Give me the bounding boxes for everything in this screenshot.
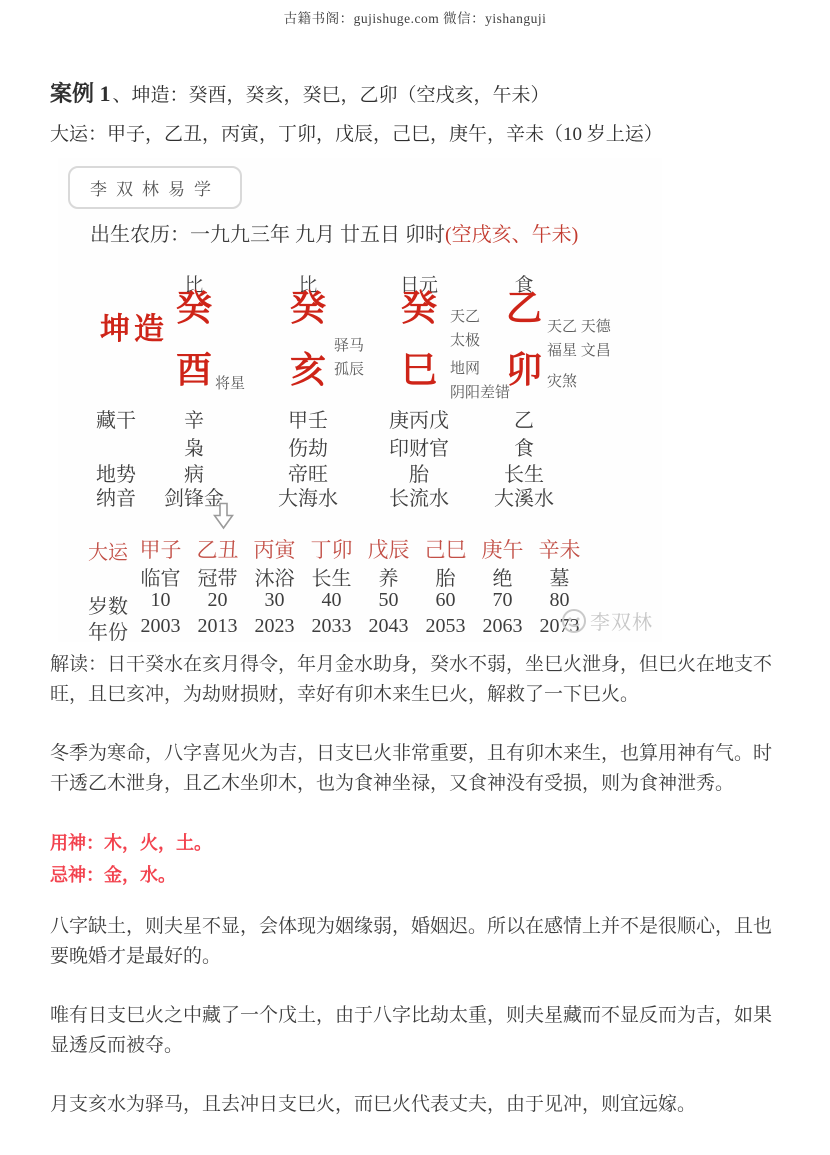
- year-row: 2003 2013 2023 2033 2043 2053 2063 2073: [132, 615, 588, 638]
- yongshen-line: 用神：木，火，土。: [50, 828, 782, 858]
- month-stem: 癸: [290, 288, 326, 328]
- birth-date-text: 出生农历：一九九三年 九月 廿五日 卯时: [90, 224, 445, 246]
- author-watermark: 李双林: [561, 606, 653, 635]
- hidden-stem-day: 庚丙戊: [389, 404, 449, 433]
- luck-stage-8: 墓: [531, 562, 588, 591]
- year-5: 2043: [360, 615, 417, 638]
- hidden-god-day: 印财官: [389, 432, 449, 461]
- analysis-paragraph-2: 冬季为寒命，八字喜见火为吉，日支巳火非常重要，且有卯木来生，也算用神有气。时干透…: [50, 739, 782, 799]
- year-7: 2063: [474, 615, 531, 638]
- void-branches-text: (空戌亥、午未): [445, 224, 578, 246]
- dayun-summary-line: 大运：甲子，乙丑，丙寅，丁卯，戊辰，己巳，庚午，辛未（10 岁上运）: [50, 119, 663, 146]
- day-stem-star-1: 天乙: [450, 305, 480, 329]
- luck-stage-1: 临官: [132, 562, 189, 591]
- luck-stage-2: 冠带: [189, 562, 246, 591]
- year-6: 2053: [417, 615, 474, 638]
- luck-pillar-8: 辛未: [531, 534, 588, 564]
- luck-stage-row: 临官 冠带 沐浴 长生 养 胎 绝 墓: [132, 562, 588, 591]
- day-stem-stars: 天乙 太极: [450, 305, 480, 353]
- analysis-paragraph-4: 唯有日支巳火之中藏了一个戊土，由于八字比劫太重，则夫星藏而不显反而为吉，如果显透…: [50, 1001, 782, 1061]
- nayin-hour: 大溪水: [494, 482, 554, 511]
- nayin-month: 大海水: [278, 482, 338, 511]
- luck-pillar-2: 乙丑: [189, 534, 246, 564]
- analysis-section: 解读：日干癸水在亥月得令，年月金水助身，癸水不弱，坐巳火泄身，但巳火在地支不旺，…: [50, 650, 782, 1149]
- nayin-day: 长流水: [389, 482, 449, 511]
- month-star-1: 驿马: [334, 334, 364, 358]
- month-stars: 驿马 孤辰: [334, 334, 364, 382]
- analysis-paragraph-1: 解读：日干癸水在亥月得令，年月金水助身，癸水不弱，坐巳火泄身，但巳火在地支不旺，…: [50, 650, 782, 710]
- hour-stem-stars: 天乙 天德 福星 文昌: [547, 315, 611, 363]
- nayin-label: 纳音: [96, 482, 136, 511]
- age-3: 30: [246, 589, 303, 612]
- age-5: 50: [360, 589, 417, 612]
- jishen-line: 忌神：金，水。: [50, 860, 782, 890]
- month-star-2: 孤辰: [334, 358, 364, 382]
- hour-branch: 卯: [506, 350, 542, 390]
- birth-date-line: 出生农历：一九九三年 九月 廿五日 卯时(空戌亥、午未): [90, 218, 578, 247]
- luck-pillar-1: 甲子: [132, 534, 189, 564]
- document-page: 古籍书阁：gujishuge.com 微信：yishanguji 案例 1、坤造…: [0, 0, 830, 1155]
- hidden-stem-hour: 乙: [514, 404, 534, 433]
- year-row-label: 年份: [88, 616, 128, 645]
- luck-stage-4: 长生: [303, 562, 360, 591]
- year-4: 2033: [303, 615, 360, 638]
- day-branch: 巳: [401, 350, 437, 390]
- year-2: 2013: [189, 615, 246, 638]
- gender-label: 坤造: [100, 304, 168, 348]
- age-7: 70: [474, 589, 531, 612]
- luck-pillar-7: 庚午: [474, 534, 531, 564]
- age-1: 10: [132, 589, 189, 612]
- year-3: 2023: [246, 615, 303, 638]
- case-number: 案例 1: [50, 81, 111, 106]
- site-header: 古籍书阁：gujishuge.com 微信：yishanguji: [0, 7, 830, 27]
- age-row: 10 20 30 40 50 60 70 80: [132, 589, 588, 612]
- day-branch-stars: 地网 阴阳差错: [450, 357, 510, 405]
- day-stem: 癸: [401, 288, 437, 328]
- brand-badge: 李双林易学: [68, 166, 242, 209]
- hour-branch-star: 灾煞: [547, 370, 577, 394]
- luck-stage-5: 养: [360, 562, 417, 591]
- bazi-chart-image: 李双林易学 出生农历：一九九三年 九月 廿五日 卯时(空戌亥、午未) 坤造 比 …: [58, 158, 662, 642]
- hour-stem: 乙: [506, 288, 542, 328]
- day-branch-star-2: 阴阳差错: [450, 381, 510, 405]
- luck-pillar-6: 己巳: [417, 534, 474, 564]
- luck-pillar-3: 丙寅: [246, 534, 303, 564]
- luck-pillar-4: 丁卯: [303, 534, 360, 564]
- age-4: 40: [303, 589, 360, 612]
- analysis-paragraph-3: 八字缺土，则夫星不显，会体现为姻缘弱，婚姻迟。所以在感情上并不是很顺心，且也要晚…: [50, 912, 782, 972]
- watermark-text: 李双林: [590, 606, 653, 635]
- month-branch: 亥: [290, 350, 326, 390]
- age-row-label: 岁数: [88, 590, 128, 619]
- luck-stage-3: 沐浴: [246, 562, 303, 591]
- hidden-god-year: 枭: [184, 432, 204, 461]
- luck-stage-7: 绝: [474, 562, 531, 591]
- age-2: 20: [189, 589, 246, 612]
- hidden-stem-year: 辛: [184, 404, 204, 433]
- hour-stem-stars-1: 天乙 天德: [547, 315, 611, 339]
- case-title: 案例 1、坤造：癸酉，癸亥，癸巳，乙卯（空戌亥，午未）: [50, 77, 550, 108]
- hidden-stems-label: 藏干: [96, 404, 136, 433]
- luck-stage-6: 胎: [417, 562, 474, 591]
- luck-pillar-label: 大运: [88, 536, 128, 565]
- luck-pillar-5: 戊辰: [360, 534, 417, 564]
- year-stem: 癸: [176, 288, 212, 328]
- hidden-stem-month: 甲壬: [288, 404, 328, 433]
- year-1: 2003: [132, 615, 189, 638]
- hidden-god-month: 伤劫: [288, 432, 328, 461]
- year-branch-star: 将星: [215, 372, 245, 396]
- watermark-logo-icon: [561, 608, 587, 634]
- day-branch-star-1: 地网: [450, 357, 510, 381]
- analysis-paragraph-5: 月支亥水为驿马，且去冲日支巳火，而巳火代表丈夫，由于见冲，则宜远嫁。: [50, 1090, 782, 1120]
- hidden-god-hour: 食: [514, 432, 534, 461]
- age-6: 60: [417, 589, 474, 612]
- year-branch: 酉: [176, 350, 212, 390]
- day-stem-star-2: 太极: [450, 329, 480, 353]
- case-title-text: 、坤造：癸酉，癸亥，癸巳，乙卯（空戌亥，午未）: [113, 85, 550, 106]
- hour-stem-stars-2: 福星 文昌: [547, 339, 611, 363]
- luck-pillar-row: 甲子 乙丑 丙寅 丁卯 戊辰 己巳 庚午 辛未: [132, 534, 588, 564]
- current-dayun-arrow-icon: [213, 502, 234, 530]
